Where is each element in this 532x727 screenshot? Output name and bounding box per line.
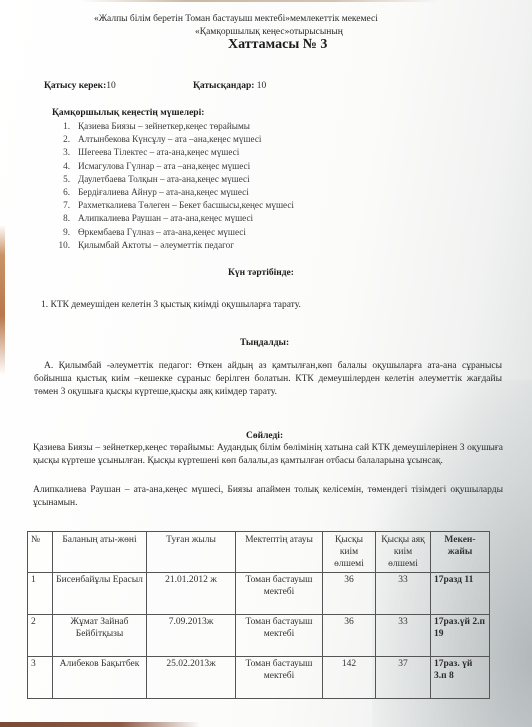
member-item: 3.Шегеева Тілектес – ата-ана,кеңес мүшес… [48,146,294,159]
col-birth: Туған жылы [147,532,236,573]
paper-edge-top [80,0,440,2]
document-title: Хаттамасы № 3 [228,39,327,51]
col-address: Мекен-жайы [431,532,490,573]
attendance-required: Қатысу керек:10 [44,80,116,92]
present-label: Қатысқандар: [193,81,254,91]
table-header-row: № Баланың аты-жөні Туған жылы Мектептің … [28,532,490,573]
required-value: 10 [106,81,116,91]
heard-text: А. Қилымбай -әлеуметтік педагог: Өткен а… [34,360,502,399]
table-row: 3 Алибеков Бақытбек 25.02.2013ж Томан ба… [28,657,490,699]
col-number: № [28,532,53,573]
members-heading: Қамқоршылық кеңестің мүшелері: [52,107,204,119]
spoke-heading: Сөйледі: [246,430,283,442]
member-item: 8.Алипкалиева Раушан – ата-ана,кеңес мүш… [48,212,294,225]
col-school: Мектептің атауы [236,532,323,573]
member-item: 10.Қилымбай Актоты – әлеуметтік педагог [48,239,294,252]
document-page: «Жалпы білім беретін Томан бастауыш мект… [0,0,532,727]
member-item: 6.Бердіғалиева Айнур – ата-ана,кеңес мүш… [48,186,294,199]
col-clothes-size: Қысқы киім өлшемі [323,532,376,573]
institution-line: «Жалпы білім беретін Томан бастауыш мект… [94,13,378,25]
heard-heading: Тыңдалды: [240,337,289,349]
member-item: 1.Қазиева Биязы – зейнеткер,кеңес төрайы… [48,120,294,133]
spoke-text-1: Қазиева Биязы – зейнеткер,кеңес төрайымы… [33,442,503,468]
required-label: Қатысу керек: [44,81,106,91]
member-item: 4.Исмагулова Гүлнар – ата –ана,кеңес мүш… [48,160,294,173]
agenda-item: 1. КТК демеушіден келетін 3 қыстық киімд… [41,299,301,311]
members-list: 1.Қазиева Биязы – зейнеткер,кеңес төрайы… [48,120,294,252]
paper-edge-left [0,225,5,375]
col-name: Баланың аты-жөні [53,532,147,573]
attendance-present: Қатысқандар: 10 [193,80,266,92]
member-item: 9.Өркембаева Гүлназ – ата-ана,кеңес мүше… [48,226,294,239]
member-item: 7.Рахметкалиева Төлеген – Бекет басшысы,… [48,199,294,212]
spoke-text-2: Алипкалиева Раушан – ата-ана,кеңес мүшес… [33,484,503,510]
col-shoe-size: Қысқы аяқ киім өлшемі [376,532,431,573]
member-item: 5.Даулетбаева Толқын – ата-ана,кеңес мүш… [48,173,294,186]
paper-edge-bottom [0,722,200,727]
agenda-heading: Күн тәртібінде: [228,267,294,279]
students-table: № Баланың аты-жөні Туған жылы Мектептің … [27,531,490,699]
table-row: 1 Бисенбайұлы Ерасыл 21.01.2012 ж Томан … [28,573,490,615]
member-item: 2.Алтынбекова Күнсұлу – ата –ана,кеңес м… [48,133,294,146]
present-value: 10 [257,81,267,91]
table-row: 2 Жұмат Зайнаб Бейбітқызы 7.09.2013ж Том… [28,615,490,657]
